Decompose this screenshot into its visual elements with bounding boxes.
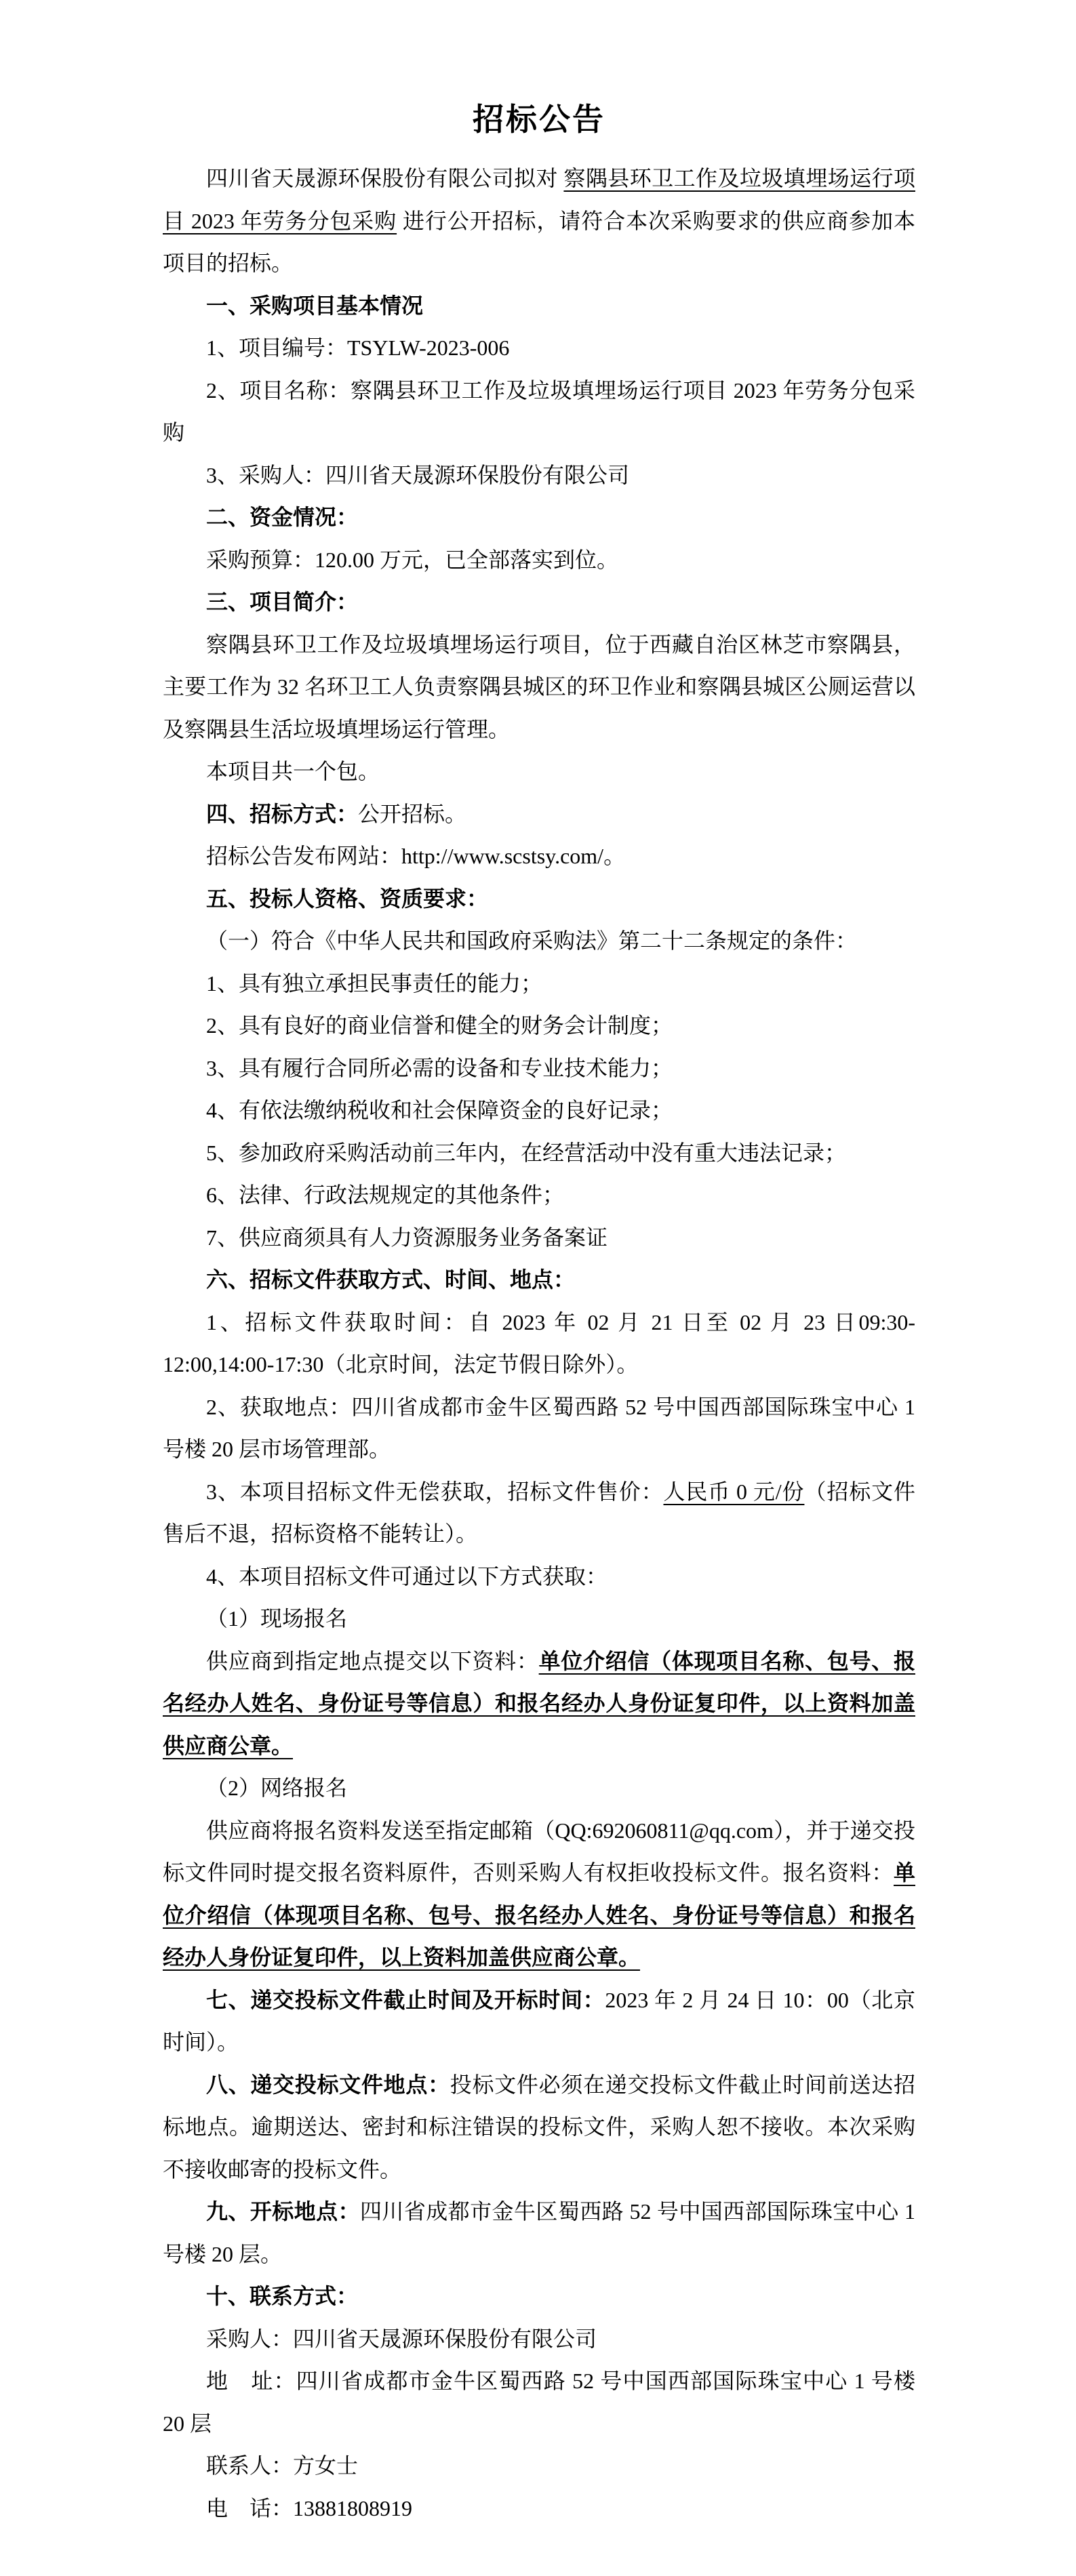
document-title: 招标公告: [163, 88, 915, 152]
bold-text-run: 三、项目简介：: [206, 590, 358, 614]
qualification-item-1: 1、具有独立承担民事责任的能力；: [163, 962, 915, 1005]
announcement-website: 招标公告发布网站：http://www.scstsy.com/。: [163, 835, 915, 878]
section-8-submission-place: 八、递交投标文件地点：投标文件必须在递交投标文件截止时间前送达招标地点。逾期送达…: [163, 2064, 915, 2191]
qualification-item-3: 3、具有履行合同所必需的设备和专业技术能力；: [163, 1047, 915, 1090]
contact-purchaser: 采购人：四川省天晟源环保股份有限公司: [163, 2318, 915, 2360]
text-run: 供应商将报名资料发送至指定邮箱（QQ:692060811@qq.com），并于递…: [163, 1818, 915, 1885]
bold-text-run: 十、联系方式：: [206, 2284, 358, 2308]
online-registration-heading: （2）网络报名: [163, 1767, 915, 1810]
text-run: 供应商到指定地点提交以下资料：: [206, 1649, 539, 1673]
section-5-heading: 五、投标人资格、资质要求：: [163, 878, 915, 920]
project-brief: 察隅县环卫工作及垃圾填埋场运行项目，位于西藏自治区林芝市察隅县，主要工作为 32…: [163, 623, 915, 751]
bold-text-run: 七、递交投标文件截止时间及开标时间：: [206, 1988, 605, 2012]
text-run: （1）现场报名: [206, 1606, 347, 1631]
bold-text-run: 九、开标地点：: [206, 2199, 360, 2224]
contact-person: 联系人：方女士: [163, 2445, 915, 2487]
qualification-intro: （一）符合《中华人民共和国政府采购法》第二十二条规定的条件：: [163, 920, 915, 962]
text-run: 2、项目名称：察隅县环卫工作及垃圾填埋场运行项目 2023 年劳务分包采购: [163, 378, 915, 445]
doc-obtain-place: 2、获取地点：四川省成都市金牛区蜀西路 52 号中国西部国际珠宝中心 1 号楼 …: [163, 1386, 915, 1471]
text-run: 1、具有独立承担民事责任的能力；: [206, 971, 542, 996]
text-run: 四川省天晟源环保股份有限公司拟对: [206, 166, 563, 190]
bold-text-run: 一、采购项目基本情况: [206, 293, 423, 318]
contact-phone: 电 话：13881808919: [163, 2487, 915, 2530]
text-run: （一）符合《中华人民共和国政府采购法》第二十二条规定的条件：: [206, 928, 857, 953]
section-1-heading: 一、采购项目基本情况: [163, 285, 915, 327]
online-registration-detail: 供应商将报名资料发送至指定邮箱（QQ:692060811@qq.com），并于递…: [163, 1810, 915, 1979]
document-page: 招标公告 四川省天晟源环保股份有限公司拟对 察隅县环卫工作及垃圾填埋场运行项目 …: [0, 0, 1076, 2576]
item-purchaser: 3、采购人：四川省天晟源环保股份有限公司: [163, 454, 915, 497]
onsite-registration-heading: （1）现场报名: [163, 1597, 915, 1640]
bold-text-run: 八、递交投标文件地点：: [206, 2072, 450, 2097]
text-run: 5、参加政府采购活动前三年内，在经营活动中没有重大违法记录；: [206, 1141, 846, 1165]
bold-text-run: 五、投标人资格、资质要求：: [206, 886, 488, 911]
text-run: 察隅县环卫工作及垃圾填埋场运行项目，位于西藏自治区林芝市察隅县，主要工作为 32…: [163, 632, 915, 741]
section-10-contact-heading: 十、联系方式：: [163, 2275, 915, 2318]
text-run: 1、招标文件获取时间：自 2023 年 02 月 21 日至 02 月 23 日…: [163, 1310, 915, 1377]
bold-text-run: 二、资金情况：: [206, 505, 358, 529]
package-note: 本项目共一个包。: [163, 750, 915, 793]
text-run: 6、法律、行政法规规定的其他条件；: [206, 1183, 564, 1207]
document-body: 四川省天晟源环保股份有限公司拟对 察隅县环卫工作及垃圾填埋场运行项目 2023 …: [163, 157, 915, 2529]
underlined-text-run: 人民币 0 元/份: [664, 1479, 805, 1504]
item-project-name: 2、项目名称：察隅县环卫工作及垃圾填埋场运行项目 2023 年劳务分包采购: [163, 369, 915, 454]
text-run: 2、获取地点：四川省成都市金牛区蜀西路 52 号中国西部国际珠宝中心 1 号楼 …: [163, 1395, 915, 1462]
qualification-item-5: 5、参加政府采购活动前三年内，在经营活动中没有重大违法记录；: [163, 1132, 915, 1174]
doc-obtain-time: 1、招标文件获取时间：自 2023 年 02 月 21 日至 02 月 23 日…: [163, 1301, 915, 1386]
text-run: 电 话：13881808919: [206, 2496, 412, 2520]
section-4-bidding-method: 四、招标方式：公开招标。: [163, 793, 915, 836]
text-run: 4、有依法缴纳税收和社会保障资金的良好记录；: [206, 1098, 673, 1122]
text-run: 1、项目编号：TSYLW-2023-006: [206, 335, 509, 360]
doc-obtain-ways: 4、本项目招标文件可通过以下方式获取：: [163, 1555, 915, 1598]
text-run: 4、本项目招标文件可通过以下方式获取：: [206, 1564, 607, 1589]
budget-line: 采购预算：120.00 万元，已全部落实到位。: [163, 539, 915, 581]
section-6-heading: 六、招标文件获取方式、时间、地点：: [163, 1259, 915, 1301]
qualification-item-6: 6、法律、行政法规规定的其他条件；: [163, 1174, 915, 1217]
section-7-deadline: 七、递交投标文件截止时间及开标时间：2023 年 2 月 24 日 10：00（…: [163, 1979, 915, 2064]
text-run: 本项目共一个包。: [206, 759, 380, 783]
text-run: 3、采购人：四川省天晟源环保股份有限公司: [206, 463, 629, 487]
qualification-item-7: 7、供应商须具有人力资源服务业务备案证: [163, 1217, 915, 1259]
text-run: 地 址：四川省成都市金牛区蜀西路 52 号中国西部国际珠宝中心 1 号楼 20 …: [163, 2369, 915, 2436]
bold-text-run: 四、招标方式：: [206, 802, 358, 826]
text-run: 招标公告发布网站：http://www.scstsy.com/。: [206, 844, 625, 868]
text-run: （2）网络报名: [206, 1776, 347, 1800]
section-3-heading: 三、项目简介：: [163, 581, 915, 623]
text-run: 7、供应商须具有人力资源服务业务备案证: [206, 1225, 607, 1250]
doc-price: 3、本项目招标文件无偿获取，招标文件售价：人民币 0 元/份（招标文件售后不退，…: [163, 1471, 915, 1555]
text-run: 公开招标。: [358, 802, 466, 826]
item-project-number: 1、项目编号：TSYLW-2023-006: [163, 327, 915, 369]
contact-address: 地 址：四川省成都市金牛区蜀西路 52 号中国西部国际珠宝中心 1 号楼 20 …: [163, 2360, 915, 2445]
bold-text-run: 六、招标文件获取方式、时间、地点：: [206, 1267, 575, 1292]
text-run: 采购预算：120.00 万元，已全部落实到位。: [206, 548, 618, 572]
text-run: 3、本项目招标文件无偿获取，招标文件售价：: [206, 1479, 664, 1504]
intro-paragraph: 四川省天晟源环保股份有限公司拟对 察隅县环卫工作及垃圾填埋场运行项目 2023 …: [163, 157, 915, 285]
text-run: 2、具有良好的商业信誉和健全的财务会计制度；: [206, 1013, 673, 1038]
section-2-heading: 二、资金情况：: [163, 496, 915, 539]
text-run: 采购人：四川省天晟源环保股份有限公司: [206, 2327, 597, 2351]
text-run: 联系人：方女士: [206, 2453, 358, 2478]
onsite-registration-detail: 供应商到指定地点提交以下资料：单位介绍信（体现项目名称、包号、报名经办人姓名、身…: [163, 1640, 915, 1767]
qualification-item-4: 4、有依法缴纳税收和社会保障资金的良好记录；: [163, 1089, 915, 1132]
qualification-item-2: 2、具有良好的商业信誉和健全的财务会计制度；: [163, 1004, 915, 1047]
section-9-opening-place: 九、开标地点：四川省成都市金牛区蜀西路 52 号中国西部国际珠宝中心 1 号楼 …: [163, 2190, 915, 2275]
text-run: 3、具有履行合同所必需的设备和专业技术能力；: [206, 1056, 673, 1080]
